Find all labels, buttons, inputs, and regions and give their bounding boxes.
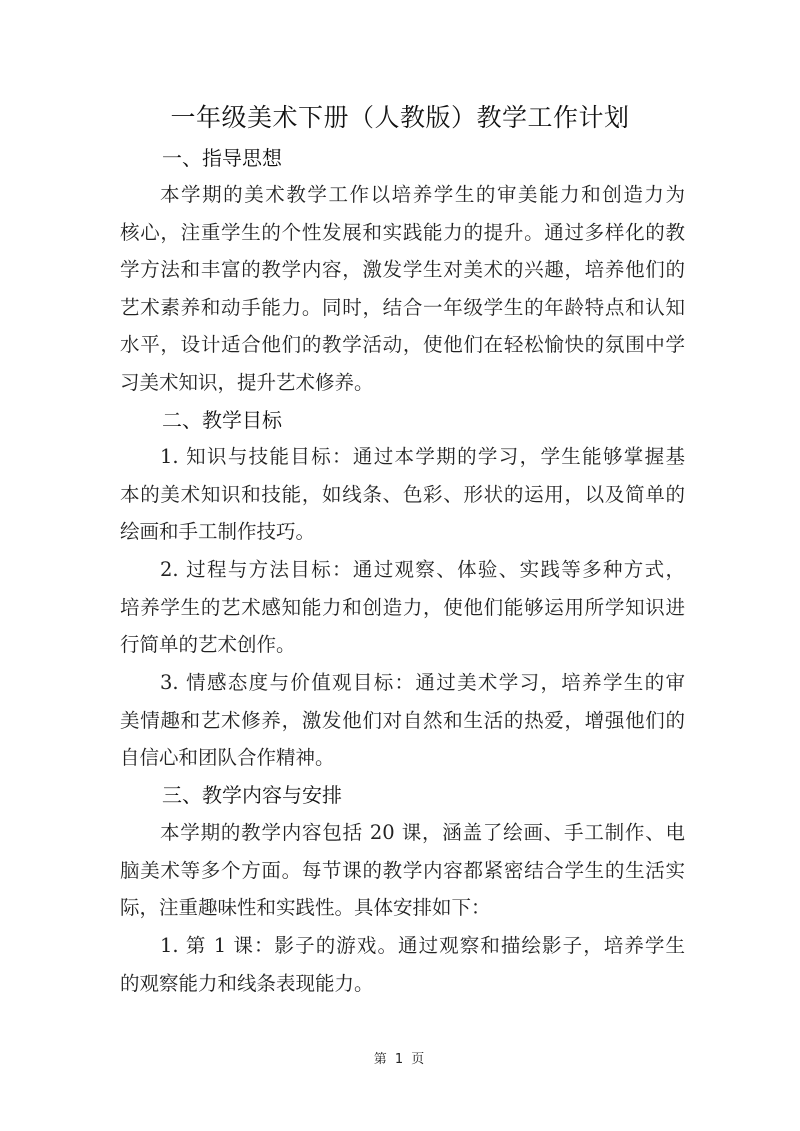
- text-line: 2. 过程与方法目标：通过观察、体验、实践等多种方式，: [120, 551, 685, 589]
- text-line: 学方法和丰富的教学内容，激发学生对美术的兴趣，培养他们的: [120, 251, 685, 289]
- text-line: 绘画和手工制作技巧。: [120, 513, 685, 551]
- paragraph-content-overview: 本学期的教学内容包括 20 课，涵盖了绘画、手工制作、电 脑美术等多个方面。每节…: [120, 814, 685, 927]
- section-heading-teaching-goals: 二、教学目标: [162, 405, 282, 435]
- text-line: 本学期的美术教学工作以培养学生的审美能力和创造力为: [120, 176, 685, 214]
- text-line: 的观察能力和线条表现能力。: [120, 965, 685, 1003]
- text-line: 自信心和团队合作精神。: [120, 739, 685, 777]
- text-line: 行简单的艺术创作。: [120, 626, 685, 664]
- text-line: 1. 第 1 课：影子的游戏。通过观察和描绘影子，培养学生: [120, 927, 685, 965]
- paragraph-emotion-value-goal: 3. 情感态度与价值观目标：通过美术学习，培养学生的审 美情趣和艺术修养，激发他…: [120, 664, 685, 777]
- paragraph-knowledge-skill-goal: 1. 知识与技能目标：通过本学期的学习，学生能够掌握基 本的美术知识和技能，如线…: [120, 438, 685, 551]
- text-line: 培养学生的艺术感知能力和创造力，使他们能够运用所学知识进: [120, 589, 685, 627]
- document-title: 一年级美术下册（人教版）教学工作计划: [0, 100, 800, 136]
- paragraph-lesson-1: 1. 第 1 课：影子的游戏。通过观察和描绘影子，培养学生 的观察能力和线条表现…: [120, 927, 685, 1002]
- section-heading-guiding-ideology: 一、指导思想: [162, 143, 282, 173]
- text-line: 水平，设计适合他们的教学活动，使他们在轻松愉快的氛围中学: [120, 326, 685, 364]
- text-line: 3. 情感态度与价值观目标：通过美术学习，培养学生的审: [120, 664, 685, 702]
- text-line: 美情趣和艺术修养，激发他们对自然和生活的热爱，增强他们的: [120, 702, 685, 740]
- page-number: 第 1 页: [0, 1048, 800, 1067]
- text-line: 际，注重趣味性和实践性。具体安排如下：: [120, 889, 685, 927]
- paragraph-process-method-goal: 2. 过程与方法目标：通过观察、体验、实践等多种方式， 培养学生的艺术感知能力和…: [120, 551, 685, 664]
- text-line: 脑美术等多个方面。每节课的教学内容都紧密结合学生的生活实: [120, 852, 685, 890]
- text-line: 核心，注重学生的个性发展和实践能力的提升。通过多样化的教: [120, 214, 685, 252]
- text-line: 1. 知识与技能目标：通过本学期的学习，学生能够掌握基: [120, 438, 685, 476]
- document-page: 一年级美术下册（人教版）教学工作计划 一、指导思想 本学期的美术教学工作以培养学…: [0, 0, 800, 1131]
- text-line: 艺术素养和动手能力。同时，结合一年级学生的年龄特点和认知: [120, 289, 685, 327]
- paragraph-guiding-ideology: 本学期的美术教学工作以培养学生的审美能力和创造力为 核心，注重学生的个性发展和实…: [120, 176, 685, 402]
- text-line: 本的美术知识和技能，如线条、色彩、形状的运用，以及简单的: [120, 476, 685, 514]
- text-line: 本学期的教学内容包括 20 课，涵盖了绘画、手工制作、电: [120, 814, 685, 852]
- section-heading-content-arrangement: 三、教学内容与安排: [162, 780, 342, 810]
- text-line: 习美术知识，提升艺术修养。: [120, 364, 685, 402]
